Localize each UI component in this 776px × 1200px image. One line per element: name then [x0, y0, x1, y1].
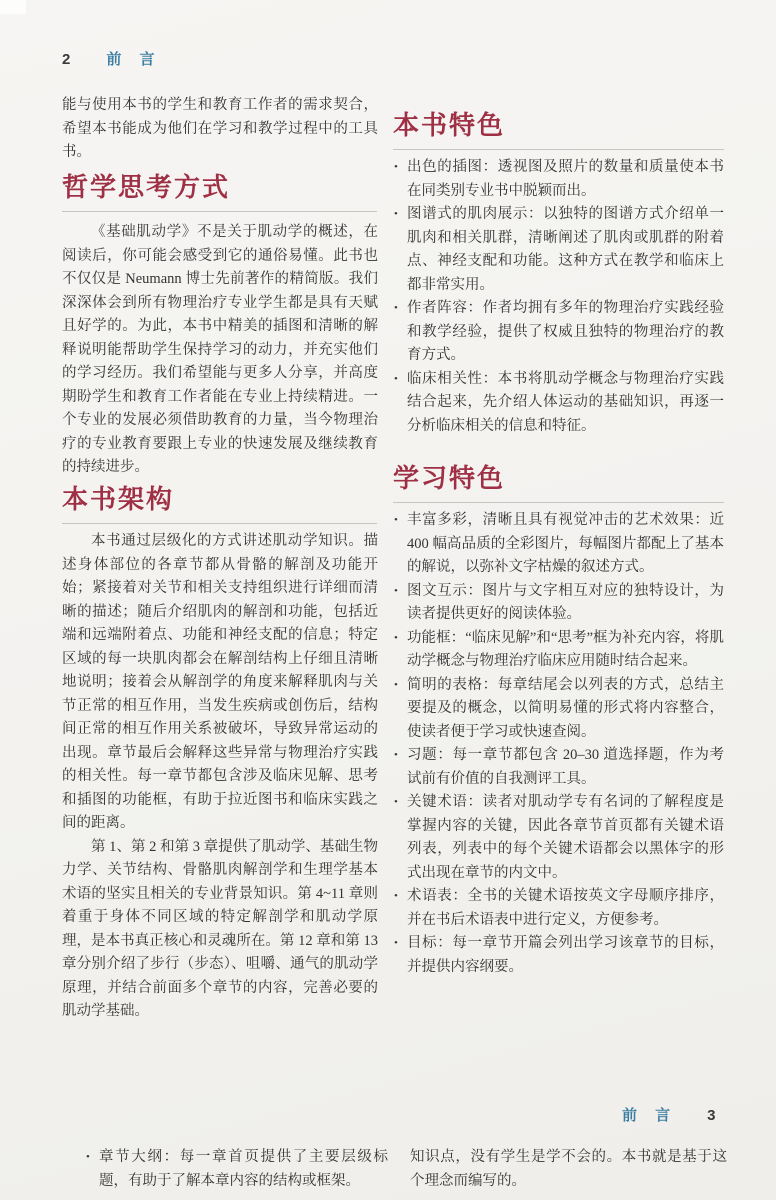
page3-running-head-title: 前 言	[622, 1104, 677, 1125]
learning-list: 丰富多彩，清晰且具有视觉冲击的艺术效果：近 400 幅高品质的全彩图片，每幅图片…	[393, 509, 724, 979]
page3-right-column: 知识点，没有学生是学不会的。本书就是基于这个理念而编写的。	[410, 1146, 727, 1193]
list-item: 术语表：全书的关键术语按英文字母顺序排序，并在书后术语表中进行定义，方便参考。	[393, 885, 724, 932]
section-heading-features: 本书特色	[393, 110, 724, 150]
list-item: 出色的插图：透视图及照片的数量和质量使本书在同类别专业书中脱颖而出。	[393, 156, 724, 203]
list-item: 关键术语：读者对肌动学专有名词的了解程度是掌握内容的关键，因此各章节首页都有关键…	[393, 791, 724, 885]
list-item: 简明的表格：每章结尾会以列表的方式，总结主要提及的概念，以简明易懂的形式将内容整…	[393, 674, 724, 745]
section-heading-philosophy: 哲学思考方式	[62, 172, 377, 212]
architecture-paragraph-2: 第 1、第 2 和第 3 章提供了肌动学、基础生物力学、关节结构、骨骼肌肉解剖学…	[62, 836, 378, 1024]
page3-number: 3	[707, 1107, 715, 1124]
book-preface-page: 2 前 言 能与使用本书的学生和教育工作者的需求契合，希望本书能成为他们在学习和…	[0, 0, 776, 1200]
page2-running-head: 2 前 言	[62, 48, 162, 69]
architecture-paragraph-1: 本书通过层级化的方式讲述肌动学知识。描述身体部位的各章节都从骨骼的解剖及功能开始…	[62, 530, 378, 836]
philosophy-paragraph: 《基础肌动学》不是关于肌动学的概述，在阅读后，你可能会感受到它的通俗易懂。此书也…	[62, 221, 378, 480]
list-item: 图谱式的肌肉展示：以独特的图谱方式介绍单一肌肉和相关肌群，清晰阐述了肌肉或肌群的…	[393, 203, 724, 297]
philosophy-body: 《基础肌动学》不是关于肌动学的概述，在阅读后，你可能会感受到它的通俗易懂。此书也…	[62, 221, 378, 480]
list-item: 图文互示：图片与文字相互对应的独特设计，为读者提供更好的阅读体验。	[393, 580, 724, 627]
intro-paragraph: 能与使用本书的学生和教育工作者的需求契合，希望本书能成为他们在学习和教学过程中的…	[62, 94, 378, 165]
list-item: 功能框：“临床见解”和“思考”框为补充内容，将肌动学概念与物理治疗临床应用随时结…	[393, 627, 724, 674]
page3-running-head: 前 言 3	[622, 1104, 716, 1125]
page2-number: 2	[62, 51, 70, 68]
page3-left-list: 章节大纲：每一章首页提供了主要层级标题，有助于了解本章内容的结构或框架。	[85, 1146, 388, 1193]
list-item: 丰富多彩，清晰且具有视觉冲击的艺术效果：近 400 幅高品质的全彩图片，每幅图片…	[393, 509, 724, 580]
scan-artifact-corner	[0, 0, 26, 14]
page3-right-text: 知识点，没有学生是学不会的。本书就是基于这个理念而编写的。	[410, 1146, 727, 1193]
list-item: 目标：每一章节开篇会列出学习该章节的目标，并提供内容纲要。	[393, 932, 724, 979]
features-list: 出色的插图：透视图及照片的数量和质量使本书在同类别专业书中脱颖而出。 图谱式的肌…	[393, 156, 724, 438]
list-item: 临床相关性：本书将肌动学概念与物理治疗实践结合起来，先介绍人体运动的基础知识，再…	[393, 368, 724, 439]
section-heading-learning: 学习特色	[393, 463, 724, 503]
list-item: 章节大纲：每一章首页提供了主要层级标题，有助于了解本章内容的结构或框架。	[85, 1146, 388, 1193]
list-item: 习题：每一章节都包含 20–30 道选择题，作为考试前有价值的自我测评工具。	[393, 744, 724, 791]
section-heading-architecture: 本书架构	[62, 484, 377, 524]
page2-running-head-title: 前 言	[106, 48, 161, 69]
list-item: 作者阵容：作者均拥有多年的物理治疗实践经验和教学经验，提供了权威且独特的物理治疗…	[393, 297, 724, 368]
intro-text: 能与使用本书的学生和教育工作者的需求契合，希望本书能成为他们在学习和教学过程中的…	[62, 94, 378, 165]
architecture-body: 本书通过层级化的方式讲述肌动学知识。描述身体部位的各章节都从骨骼的解剖及功能开始…	[62, 530, 378, 1024]
